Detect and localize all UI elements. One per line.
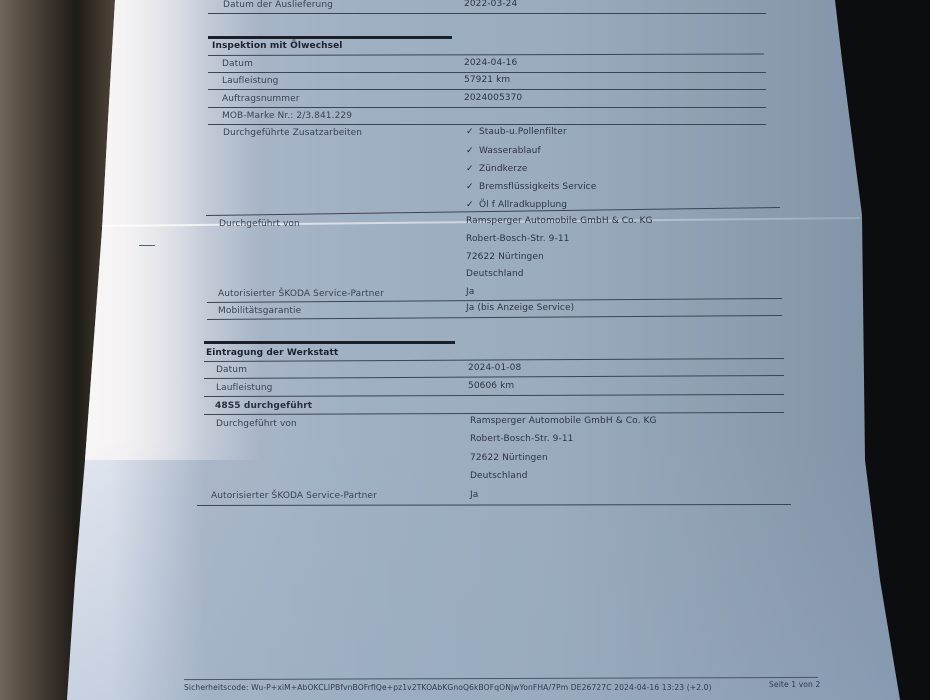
performed-by-label: Durchgeführt von xyxy=(219,219,300,229)
performed-by-line: Ramsperger Automobile GmbH & Co. KG xyxy=(466,216,653,226)
authorized-partner-label: Autorisierter ŠKODA Service-Partner xyxy=(218,289,384,299)
mobility-guarantee-label: Mobilitätsgarantie xyxy=(218,306,301,316)
workshop-note: 48S5 durchgeführt xyxy=(215,401,312,411)
workshop-mileage-label: Laufleistung xyxy=(216,383,272,393)
workshop-authorized-value: Ja xyxy=(470,490,478,500)
service-record-document: Datum der Auslieferung 2022-03-24 Inspek… xyxy=(0,0,930,700)
performed-by-line: Robert-Bosch-Str. 9-11 xyxy=(466,234,570,244)
workshop-performed-by-line: Robert-Bosch-Str. 9-11 xyxy=(470,434,574,444)
workshop-date-value: 2024-01-08 xyxy=(468,363,521,373)
inspection-title: Inspektion mit Ölwechsel xyxy=(212,41,343,51)
extra-work-item: ✓ Bremsflüssigkeits Service xyxy=(466,182,596,192)
performed-by-line: 72622 Nürtingen xyxy=(466,252,544,262)
inspection-date-value: 2024-04-16 xyxy=(464,58,517,68)
row-divider xyxy=(208,89,766,90)
extra-work-item: ✓ Wasserablauf xyxy=(466,146,541,156)
row-divider xyxy=(204,375,784,379)
workshop-performed-by-line: 72622 Nürtingen xyxy=(470,453,548,463)
delivery-date-label: Datum der Auslieferung xyxy=(223,0,333,10)
check-icon: ✓ xyxy=(466,200,476,210)
performed-by-line: Deutschland xyxy=(466,269,524,279)
row-divider xyxy=(208,54,764,56)
workshop-performed-by-line: Ramsperger Automobile GmbH & Co. KG xyxy=(470,416,657,426)
row-divider xyxy=(197,504,791,506)
extra-work-item: ✓ Öl f Allradkupplung xyxy=(466,200,567,210)
mob-marke: MOB-Marke Nr.: 2/3.841.229 xyxy=(222,111,352,121)
row-divider xyxy=(208,107,766,108)
inspection-mileage-value: 57921 km xyxy=(464,75,510,85)
page-number: Seite 1 von 2 xyxy=(769,680,820,689)
workshop-performed-by-label: Durchgeführt von xyxy=(216,419,297,429)
check-icon: ✓ xyxy=(466,127,476,137)
row-divider xyxy=(204,412,784,415)
inspection-mileage-label: Laufleistung xyxy=(222,76,278,86)
extra-work-item: ✓ Zündkerze xyxy=(466,164,528,174)
row-divider xyxy=(208,124,766,125)
workshop-entry-title: Eintragung der Werkstatt xyxy=(206,348,338,358)
workshop-date-label: Datum xyxy=(216,365,247,375)
row-divider xyxy=(208,13,766,14)
section-bar xyxy=(208,36,452,39)
row-divider xyxy=(208,72,766,73)
section-bar xyxy=(204,341,455,344)
order-number-value: 2024005370 xyxy=(464,93,522,103)
inspection-date-label: Datum xyxy=(222,59,253,69)
security-code: Sicherheitscode: Wu-P+xiM+AbOKCLIPBfvnBO… xyxy=(184,683,712,692)
extra-work-item: ✓ Staub-u.Pollenfilter xyxy=(466,127,567,137)
authorized-partner-value: Ja xyxy=(466,287,474,297)
footer-divider xyxy=(184,677,818,680)
workshop-mileage-value: 50606 km xyxy=(468,381,514,391)
check-icon: ✓ xyxy=(466,146,476,156)
order-number-label: Auftragsnummer xyxy=(222,94,300,104)
row-divider xyxy=(204,394,784,397)
workshop-performed-by-line: Deutschland xyxy=(470,471,528,481)
mobility-guarantee-value: Ja (bis Anzeige Service) xyxy=(466,303,574,313)
row-divider xyxy=(204,358,784,362)
workshop-authorized-label: Autorisierter ŠKODA Service-Partner xyxy=(211,491,377,501)
extra-work-label: Durchgeführte Zusatzarbeiten xyxy=(223,128,362,138)
delivery-date-value: 2022-03-24 xyxy=(464,0,517,9)
check-icon: ✓ xyxy=(466,182,476,192)
check-icon: ✓ xyxy=(466,164,476,174)
